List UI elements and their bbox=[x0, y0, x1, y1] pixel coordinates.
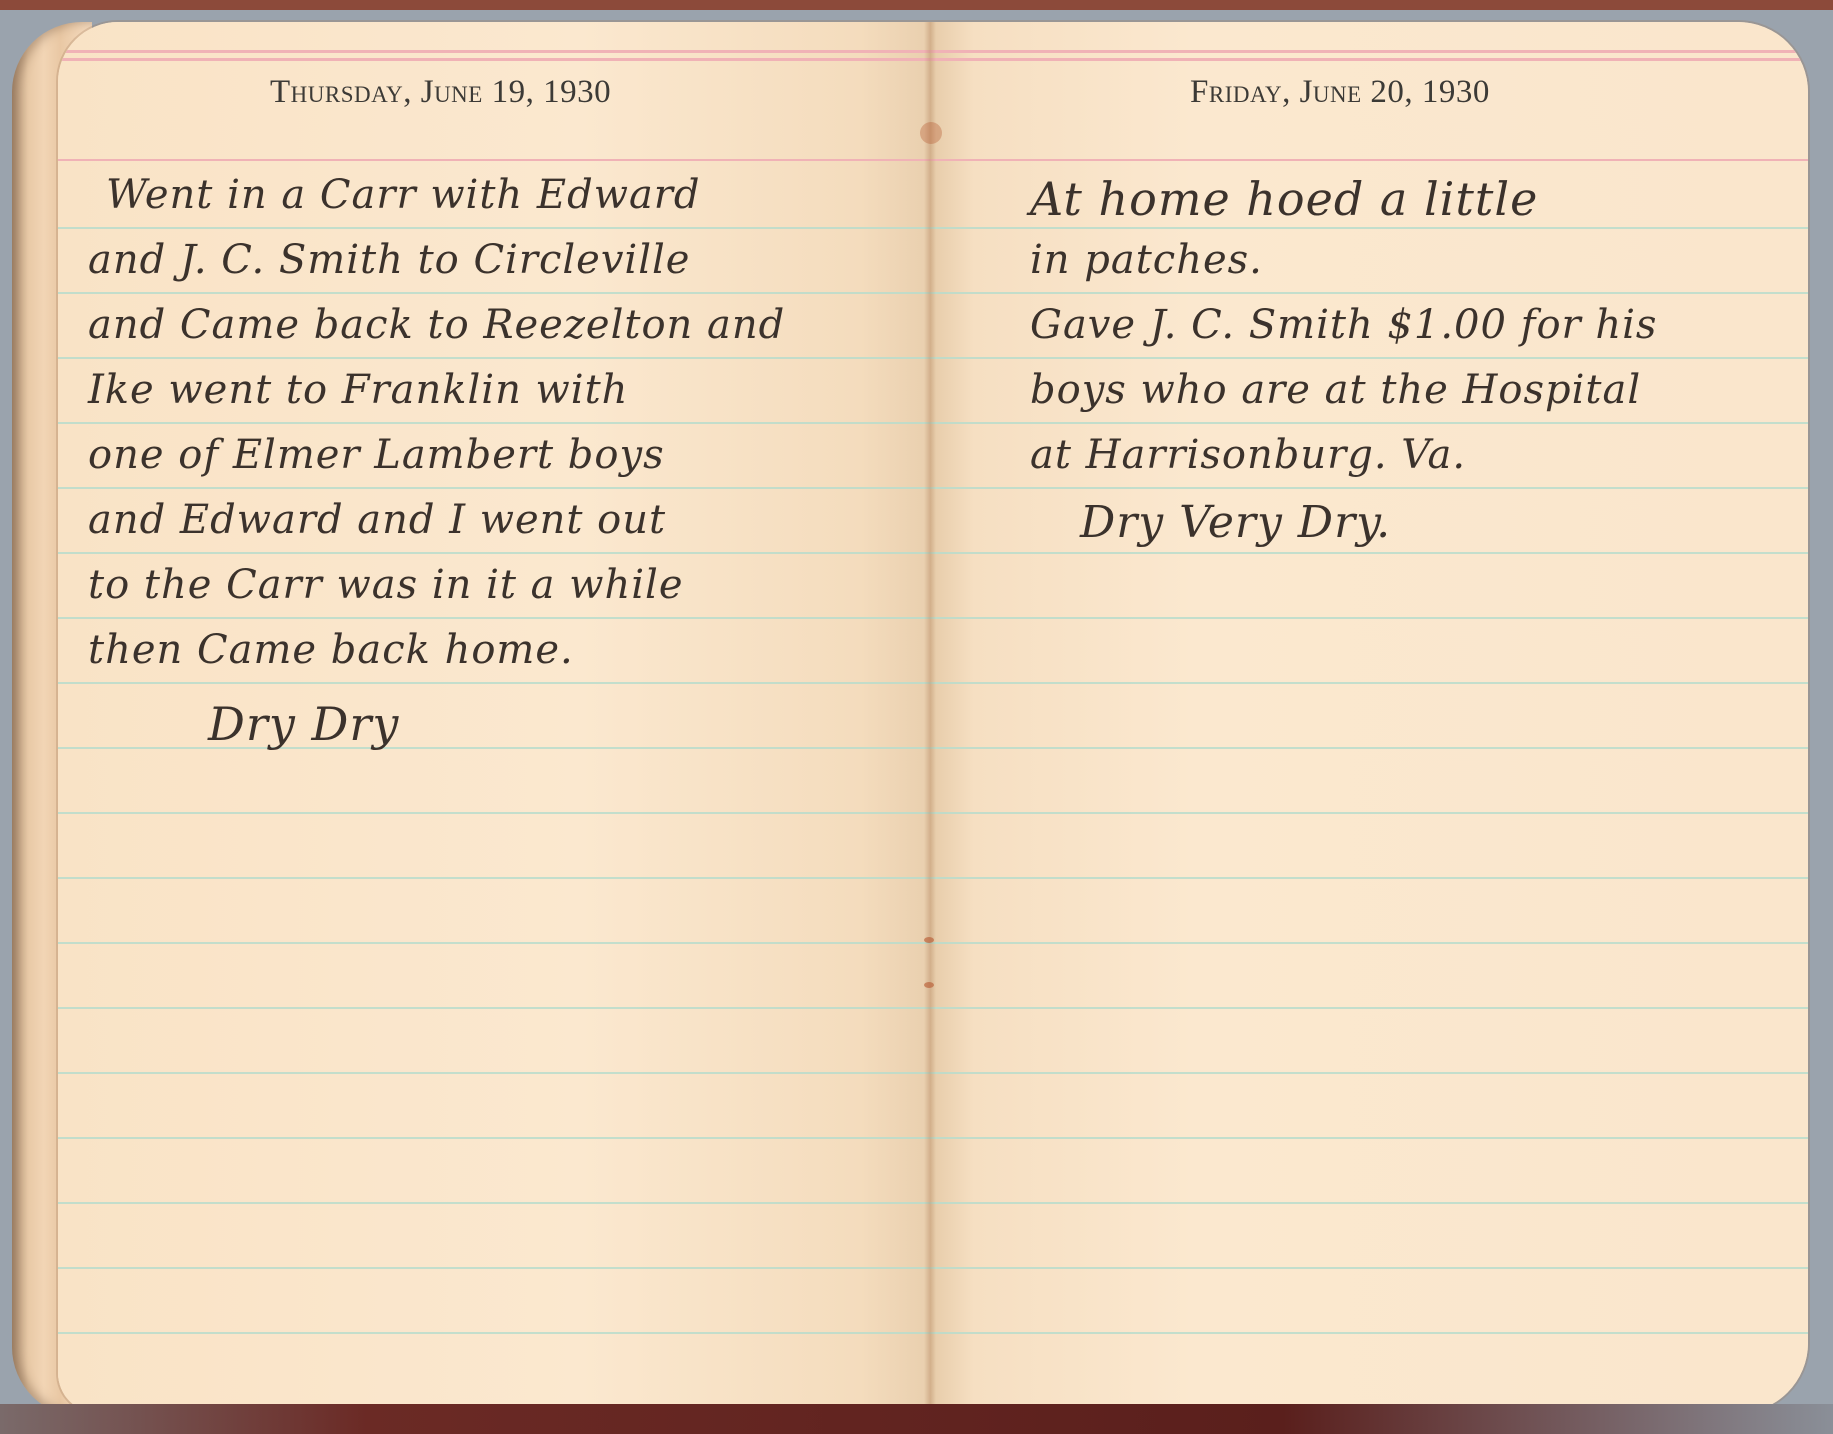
line-rule bbox=[58, 682, 930, 684]
handwritten-line: in patches. bbox=[1030, 237, 1263, 283]
top-rule bbox=[930, 58, 1808, 61]
handwritten-line: Ike went to Franklin with bbox=[88, 367, 628, 413]
line-rule bbox=[930, 747, 1808, 749]
line-rule bbox=[930, 877, 1808, 879]
right-page-header: Friday, June 20, 1930 bbox=[1190, 74, 1490, 111]
ink-stain bbox=[920, 122, 942, 144]
line-rule bbox=[930, 292, 1808, 294]
line-rule bbox=[930, 357, 1808, 359]
header-rule bbox=[930, 159, 1808, 161]
line-rule bbox=[58, 942, 930, 944]
book-spine bbox=[924, 22, 936, 1413]
handwritten-line: At home hoed a little bbox=[1030, 172, 1538, 226]
line-rule bbox=[930, 617, 1808, 619]
ink-stain bbox=[924, 982, 934, 988]
line-rule bbox=[930, 227, 1808, 229]
line-rule bbox=[58, 1072, 930, 1074]
handwritten-line: and J. C. Smith to Circleville bbox=[88, 237, 690, 283]
ink-stain bbox=[924, 937, 934, 943]
line-rule bbox=[930, 1072, 1808, 1074]
line-rule bbox=[58, 487, 930, 489]
handwritten-line: Gave J. C. Smith $1.00 for his bbox=[1030, 302, 1657, 348]
line-rule bbox=[58, 1137, 930, 1139]
line-rule bbox=[930, 682, 1808, 684]
handwritten-line: one of Elmer Lambert boys bbox=[88, 432, 665, 478]
handwritten-line: and Came back to Reezelton and bbox=[88, 302, 785, 348]
line-rule bbox=[58, 357, 930, 359]
top-rule bbox=[930, 50, 1808, 53]
weather-note: Dry Dry bbox=[208, 697, 399, 751]
line-rule bbox=[58, 292, 930, 294]
line-rule bbox=[930, 552, 1808, 554]
line-rule bbox=[930, 812, 1808, 814]
line-rule bbox=[930, 1137, 1808, 1139]
line-rule bbox=[58, 1202, 930, 1204]
line-rule bbox=[58, 747, 930, 749]
handwritten-line: and Edward and I went out bbox=[88, 497, 666, 543]
line-rule bbox=[58, 812, 930, 814]
weather-note: Dry Very Dry. bbox=[1080, 497, 1391, 548]
line-rule bbox=[58, 422, 930, 424]
line-rule bbox=[930, 1267, 1808, 1269]
header-rule bbox=[58, 159, 930, 161]
line-rule bbox=[58, 227, 930, 229]
line-rule bbox=[930, 942, 1808, 944]
handwritten-line: boys who are at the Hospital bbox=[1030, 367, 1641, 413]
handwritten-line: then Came back home. bbox=[88, 627, 574, 673]
line-rule bbox=[58, 617, 930, 619]
line-rule bbox=[930, 422, 1808, 424]
line-rule bbox=[58, 552, 930, 554]
line-rule bbox=[930, 1007, 1808, 1009]
diary-spread: Thursday, June 19, 1930 Went in a Carr w… bbox=[58, 22, 1808, 1413]
left-page-header: Thursday, June 19, 1930 bbox=[270, 74, 611, 111]
handwritten-line: at Harrisonburg. Va. bbox=[1030, 432, 1466, 478]
left-page: Thursday, June 19, 1930 Went in a Carr w… bbox=[58, 22, 930, 1413]
line-rule bbox=[58, 1332, 930, 1334]
line-rule bbox=[930, 1332, 1808, 1334]
top-rule bbox=[58, 50, 930, 53]
line-rule bbox=[930, 1202, 1808, 1204]
right-page: Friday, June 20, 1930 At home hoed a lit… bbox=[930, 22, 1808, 1413]
line-rule bbox=[930, 487, 1808, 489]
handwritten-line: to the Carr was in it a while bbox=[88, 562, 684, 608]
line-rule bbox=[58, 877, 930, 879]
book-cover bbox=[0, 1404, 1833, 1434]
line-rule bbox=[58, 1267, 930, 1269]
line-rule bbox=[58, 1007, 930, 1009]
handwritten-line: Went in a Carr with Edward bbox=[106, 172, 701, 218]
top-rule bbox=[58, 58, 930, 61]
